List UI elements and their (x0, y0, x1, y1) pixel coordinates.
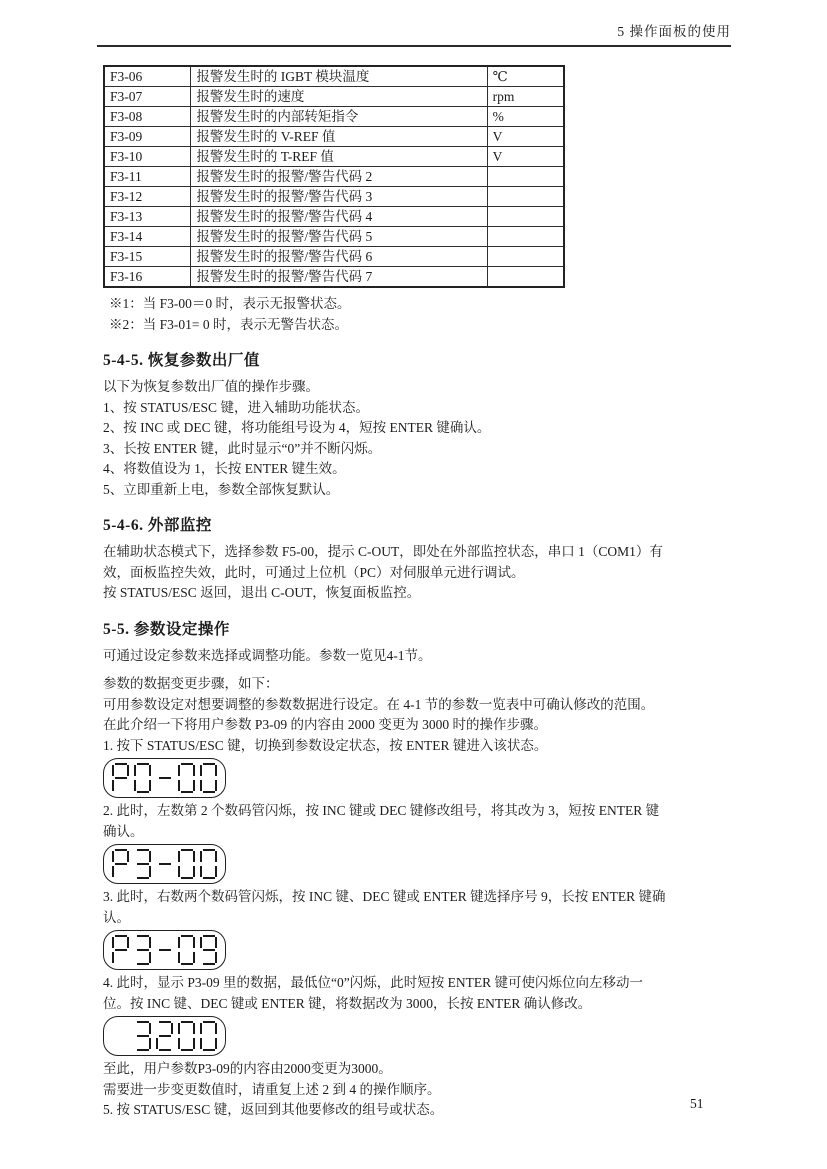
step-3-line: 3. 此时，右数两个数码管闪烁，按 INC 键、DEC 键或 ENTER 键选择… (103, 887, 731, 908)
segment-digit (200, 849, 217, 879)
cell-code: F3-08 (104, 107, 191, 127)
cell-unit (487, 247, 564, 267)
segment-digit (112, 763, 129, 793)
text-line: 1、按 STATUS/ESC 键，进入辅助功能状态。 (103, 398, 731, 419)
section-5-4-6-body: 在辅助状态模式下，选择参数 F5-00，提示 C-OUT，即处在外部监控状态，串… (103, 542, 731, 604)
segment-digit (112, 935, 129, 965)
cell-code: F3-10 (104, 147, 191, 167)
segment-digit (178, 849, 195, 879)
table-row: F3-08 报警发生时的内部转矩指令 % (104, 107, 564, 127)
text-line: 参数的数据变更步骤，如下： (103, 674, 731, 695)
header-rule (97, 45, 731, 47)
cell-desc: 报警发生时的报警/警告代码 4 (191, 207, 487, 227)
section-heading-5-4-6: 5-4-6. 外部监控 (103, 513, 731, 535)
cell-code: F3-13 (104, 207, 191, 227)
step-3-line: 认。 (103, 908, 731, 929)
page-content: 5 操作面板的使用 F3-06 报警发生时的 IGBT 模块温度 ℃ F3-07… (103, 20, 731, 1121)
cell-unit: % (487, 107, 564, 127)
segment-digit (200, 763, 217, 793)
cell-desc: 报警发生时的 T-REF 值 (191, 147, 487, 167)
segment-digit (134, 763, 151, 793)
cell-unit (487, 227, 564, 247)
step-2-line: 确认。 (103, 822, 731, 843)
page-number: 51 (690, 1096, 704, 1112)
spacer (103, 666, 731, 674)
text-line: 可通过设定参数来选择或调整功能。参数一览见4-1节。 (103, 646, 731, 667)
segment-digit (200, 1021, 217, 1051)
text-line: 效，面板监控失效，此时，可通过上位机（PC）对伺服单元进行调试。 (103, 563, 731, 584)
table-footnotes: ※1：当 F3-00＝0 时，表示无报警状态。 ※2：当 F3-01= 0 时，… (103, 294, 731, 335)
seven-segment-display-3 (103, 930, 226, 970)
segment-digit (134, 935, 151, 965)
cell-unit: rpm (487, 87, 564, 107)
section-5-5-body: 可通过设定参数来选择或调整功能。参数一览见4-1节。 参数的数据变更步骤，如下：… (103, 646, 731, 1121)
cell-unit: ℃ (487, 66, 564, 87)
cell-unit (487, 267, 564, 288)
table-row: F3-14 报警发生时的报警/警告代码 5 (104, 227, 564, 247)
step-2-line: 2. 此时，左数第 2 个数码管闪烁，按 INC 键或 DEC 键修改组号，将其… (103, 801, 731, 822)
seven-segment-display-1 (103, 758, 226, 798)
footnote-1: ※1：当 F3-00＝0 时，表示无报警状态。 (109, 294, 731, 315)
monitor-parameter-table: F3-06 报警发生时的 IGBT 模块温度 ℃ F3-07 报警发生时的速度 … (103, 65, 565, 288)
table-row: F3-15 报警发生时的报警/警告代码 6 (104, 247, 564, 267)
page-header-title: 5 操作面板的使用 (103, 20, 731, 40)
text-line: 按 STATUS/ESC 返回，退出 C-OUT，恢复面板监控。 (103, 583, 731, 604)
cell-code: F3-11 (104, 167, 191, 187)
table-row: F3-12 报警发生时的报警/警告代码 3 (104, 187, 564, 207)
text-line: 需要进一步变更数值时，请重复上述 2 到 4 的操作顺序。 (103, 1080, 731, 1101)
table-row: F3-11 报警发生时的报警/警告代码 2 (104, 167, 564, 187)
segment-digit (178, 935, 195, 965)
segment-digit (200, 935, 217, 965)
cell-desc: 报警发生时的报警/警告代码 3 (191, 187, 487, 207)
cell-desc: 报警发生时的 IGBT 模块温度 (191, 66, 487, 87)
section-heading-5-5: 5-5. 参数设定操作 (103, 617, 731, 639)
segment-digit (178, 763, 195, 793)
segment-digit (134, 849, 151, 879)
seven-segment-display-2 (103, 844, 226, 884)
table-row: F3-06 报警发生时的 IGBT 模块温度 ℃ (104, 66, 564, 87)
text-line: 至此，用户参数P3-09的内容由2000变更为3000。 (103, 1059, 731, 1080)
segment-digit (156, 935, 173, 965)
segment-digit (156, 763, 173, 793)
table-row: F3-07 报警发生时的速度 rpm (104, 87, 564, 107)
section-heading-5-4-5: 5-4-5. 恢复参数出厂值 (103, 348, 731, 370)
section-5-4-5-body: 以下为恢复参数出厂值的操作步骤。 1、按 STATUS/ESC 键，进入辅助功能… (103, 377, 731, 500)
text-line: 2、按 INC 或 DEC 键，将功能组号设为 4，短按 ENTER 键确认。 (103, 418, 731, 439)
text-line: 5、立即重新上电，参数全部恢复默认。 (103, 480, 731, 501)
cell-code: F3-06 (104, 66, 191, 87)
cell-desc: 报警发生时的报警/警告代码 2 (191, 167, 487, 187)
cell-code: F3-15 (104, 247, 191, 267)
cell-desc: 报警发生时的报警/警告代码 7 (191, 267, 487, 288)
footnote-2: ※2：当 F3-01= 0 时，表示无警告状态。 (109, 315, 731, 336)
segment-digit (112, 1021, 129, 1051)
cell-code: F3-07 (104, 87, 191, 107)
cell-unit: V (487, 127, 564, 147)
segment-digit (156, 849, 173, 879)
cell-code: F3-16 (104, 267, 191, 288)
cell-code: F3-14 (104, 227, 191, 247)
step-1-line: 1. 按下 STATUS/ESC 键，切换到参数设定状态，按 ENTER 键进入… (103, 736, 731, 757)
step-4-line: 位。按 INC 键、DEC 键或 ENTER 键，将数据改为 3000，长按 E… (103, 994, 731, 1015)
table-row: F3-10 报警发生时的 T-REF 值 V (104, 147, 564, 167)
text-line: 以下为恢复参数出厂值的操作步骤。 (103, 377, 731, 398)
segment-digit (178, 1021, 195, 1051)
text-line: 3、长按 ENTER 键，此时显示“0”并不断闪烁。 (103, 439, 731, 460)
cell-code: F3-09 (104, 127, 191, 147)
text-line: 可用参数设定对想要调整的参数数据进行设定。在 4-1 节的参数一览表中可确认修改… (103, 695, 731, 716)
document-page: 5 操作面板的使用 F3-06 报警发生时的 IGBT 模块温度 ℃ F3-07… (0, 0, 827, 1169)
cell-desc: 报警发生时的内部转矩指令 (191, 107, 487, 127)
text-line: 在此介绍一下将用户参数 P3-09 的内容由 2000 变更为 3000 时的操… (103, 715, 731, 736)
cell-unit (487, 187, 564, 207)
text-line: 4、将数值设为 1，长按 ENTER 键生效。 (103, 459, 731, 480)
cell-unit: V (487, 147, 564, 167)
segment-digit (112, 849, 129, 879)
table-row: F3-16 报警发生时的报警/警告代码 7 (104, 267, 564, 288)
cell-unit (487, 167, 564, 187)
cell-code: F3-12 (104, 187, 191, 207)
segment-digit (156, 1021, 173, 1051)
seven-segment-display-4 (103, 1016, 226, 1056)
text-line: 在辅助状态模式下，选择参数 F5-00，提示 C-OUT，即处在外部监控状态，串… (103, 542, 731, 563)
cell-desc: 报警发生时的速度 (191, 87, 487, 107)
cell-unit (487, 207, 564, 227)
segment-digit (134, 1021, 151, 1051)
step-5-line: 5. 按 STATUS/ESC 键，返回到其他要修改的组号或状态。 (103, 1100, 731, 1121)
cell-desc: 报警发生时的报警/警告代码 6 (191, 247, 487, 267)
step-4-line: 4. 此时，显示 P3-09 里的数据，最低位“0”闪烁，此时短按 ENTER … (103, 973, 731, 994)
table-row: F3-09 报警发生时的 V-REF 值 V (104, 127, 564, 147)
cell-desc: 报警发生时的 V-REF 值 (191, 127, 487, 147)
cell-desc: 报警发生时的报警/警告代码 5 (191, 227, 487, 247)
table-row: F3-13 报警发生时的报警/警告代码 4 (104, 207, 564, 227)
